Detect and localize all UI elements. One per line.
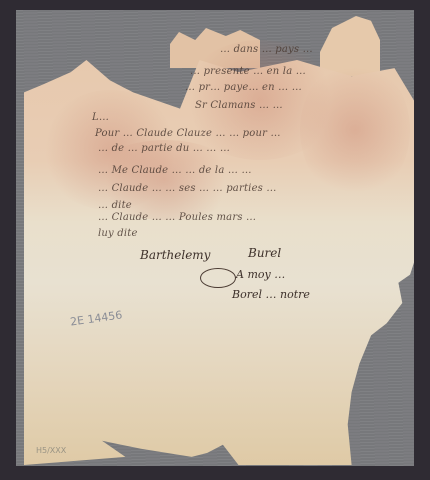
manuscript-line: Pour … Claude Clauze … … pour … [95,128,281,139]
manuscript-line: … Me Claude … … de la … … [98,165,252,176]
signature-flourish [200,268,236,288]
manuscript-line: … dite [98,200,132,211]
stain [300,60,410,200]
manuscript-line: … Claude … … Poules mars … [98,212,256,223]
manuscript-line: … pr… paye… en … … [185,82,302,93]
attestation: A moy … [236,268,285,281]
signature-right: Burel [248,246,281,260]
manuscript-line: … de … partie du … … … [98,143,230,154]
corner-archival-mark: H5/XXX [36,446,66,455]
manuscript-line: … Claude … … ses … … parties … [98,183,277,194]
signature-left: Barthelemy [140,248,210,262]
manuscript-line: L… [92,112,109,123]
manuscript-line: Sr Clamans … … [195,100,283,111]
manuscript-line: … dans … pays … [220,44,313,55]
notary-signature: Borel … notre [232,288,310,301]
manuscript-line: luy dite [98,228,138,239]
manuscript-line: … presente … en la … [190,66,306,77]
